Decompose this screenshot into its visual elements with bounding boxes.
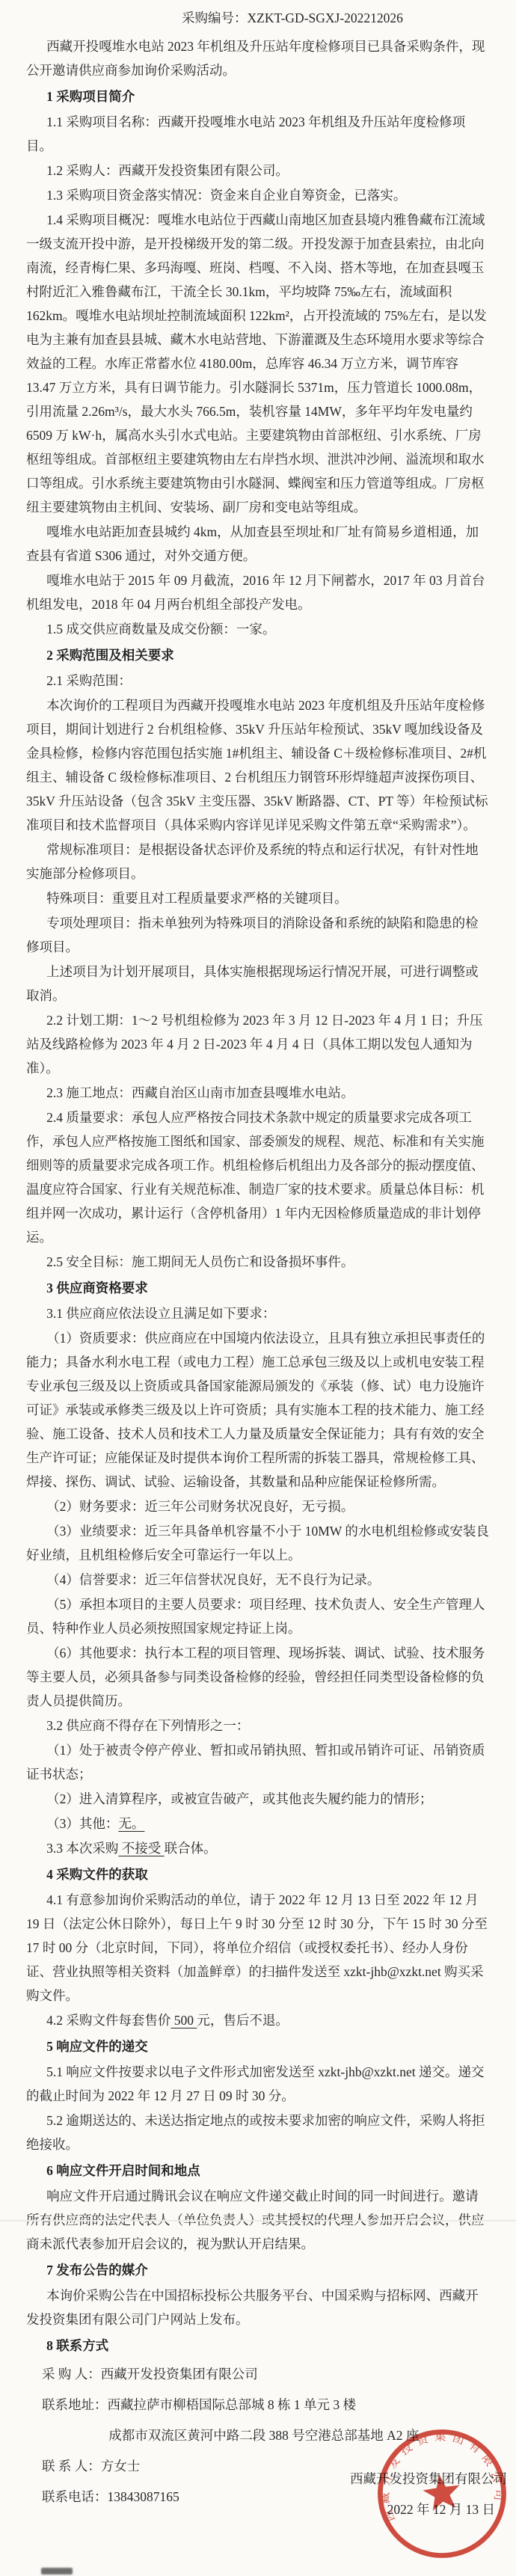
paragraph: 3.2 供应商不得存在下列情形之一： bbox=[26, 1714, 490, 1738]
paragraph: （1）资质要求：供应商应在中国境内依法设立，且具有独立承担民事责任的能力；具备水… bbox=[26, 1326, 490, 1494]
underlined-text: 不接受 bbox=[118, 1841, 164, 1856]
paragraph: 2.2 计划工期：1～2 号机组检修为 2023 年 3 月 12 日-2023… bbox=[26, 1008, 490, 1080]
scan-fold-line bbox=[0, 2220, 516, 2221]
paragraph: 嘎堆水电站于 2015 年 09 月截流，2016 年 12 月下闸蓄水，201… bbox=[26, 568, 490, 616]
paragraph: 本次询价的工程项目为西藏开投嘎堆水电站 2023 年度机组及升压站年度检修项目，… bbox=[26, 693, 490, 837]
paragraph: 采 购 人：西藏开发投资集团有限公司 bbox=[42, 2359, 490, 2389]
section-heading: 5 响应文件的递交 bbox=[26, 2034, 490, 2058]
paragraph: （5）承担本项目的主要人员要求：项目经理、技术负责人、安全生产管理人员、特种作业… bbox=[26, 1592, 490, 1640]
text-run: 3.3 本次采购 bbox=[46, 1841, 118, 1856]
document-body: 西藏开投嘎堆水电站 2023 年机组及升压站年度检修项目已具备采购条件，现公开邀… bbox=[0, 30, 516, 2512]
section-heading: 2 采购范围及相关要求 bbox=[26, 643, 490, 667]
paragraph: 专项处理项目：指未单独列为特殊项目的消除设备和系统的缺陷和隐患的检修项目。 bbox=[26, 911, 490, 959]
seal-arc-text: 西藏开发投资集团有限公司 bbox=[369, 2421, 509, 2524]
section-heading: 7 发布公告的媒介 bbox=[26, 2258, 490, 2282]
paragraph: 嘎堆水电站距加查县城约 4km，从加查县至坝址和厂址有简易乡道相通，加查县有省道… bbox=[26, 520, 490, 568]
text-run: 联合体。 bbox=[165, 1841, 217, 1856]
paragraph: 西藏开投嘎堆水电站 2023 年机组及升压站年度检修项目已具备采购条件，现公开邀… bbox=[26, 34, 490, 82]
paragraph: 2.4 质量要求：承包人应严格按合同技术条款中规定的质量要求完成各项工作，承包人… bbox=[26, 1105, 490, 1249]
paragraph: 2.5 安全目标：施工期间无人员伤亡和设备损坏事件。 bbox=[26, 1250, 490, 1274]
paragraph: 3.1 供应商应依法设立且满足如下要求： bbox=[26, 1301, 490, 1325]
underlined-text: 无。 bbox=[118, 1816, 144, 1831]
paragraph: （1）处于被责令停产停业、暂扣或吊销执照、暂扣或吊销许可证、吊销资质证书状态； bbox=[26, 1738, 490, 1786]
paragraph: 特殊项目：重要且对工程质量要求严格的关键项目。 bbox=[26, 886, 490, 910]
paragraph: 2.3 施工地点：西藏自治区山南市加查县嘎堆水电站。 bbox=[26, 1081, 490, 1105]
paragraph: （2）财务要求：近三年公司财务状况良好，无亏损。 bbox=[26, 1494, 490, 1518]
procurement-announcement-page: 采购编号：XZKT-GD-SGXJ-202212026 西藏开投嘎堆水电站 20… bbox=[0, 0, 516, 2576]
paragraph: 1.3 采购项目资金落实情况：资金来自企业自筹资金，已落实。 bbox=[26, 183, 490, 207]
text-run: （3）其他： bbox=[46, 1816, 118, 1831]
paragraph: （2）进入清算程序，或被宣告破产，或其他丧失履约能力的情形； bbox=[26, 1787, 490, 1811]
scan-artifact bbox=[41, 2568, 73, 2575]
paragraph: 本询价采购公告在中国招标投标公共服务平台、中国采购与招标网、西藏开发投资集团有限… bbox=[26, 2284, 490, 2331]
doc-number: 采购编号：XZKT-GD-SGXJ-202212026 bbox=[0, 0, 516, 30]
paragraph: 5.1 响应文件按要求以电子文件形式加密发送至 xzkt-jhb@xzkt.ne… bbox=[26, 2060, 490, 2108]
paragraph: （3）业绩要求：近三年具备单机容量不小于 10MW 的水电机组检修或安装良好业绩… bbox=[26, 1519, 490, 1567]
section-heading: 3 供应商资格要求 bbox=[26, 1276, 490, 1300]
paragraph: 联系地址：西藏拉萨市柳梧国际总部城 8 栋 1 单元 3 楼 bbox=[42, 2390, 490, 2420]
paragraph: 1.1 采购项目名称：西藏开投嘎堆水电站 2023 年机组及升压站年度检修项目。 bbox=[26, 110, 490, 158]
paragraph: 1.4 采购项目概况：嘎堆水电站位于西藏山南地区加查县境内雅鲁藏布江流域一级支流… bbox=[26, 208, 490, 519]
paragraph: （6）其他要求：执行本工程的项目管理、现场拆装、调试、试验、技术服务等主要人员，… bbox=[26, 1641, 490, 1713]
paragraph: 1.5 成交供应商数量及成交份额：一家。 bbox=[26, 617, 490, 641]
text-run: 4.2 采购文件每套售价 bbox=[46, 2013, 171, 2028]
paragraph: （3）其他：无。 bbox=[26, 1812, 490, 1836]
paragraph: （4）信誉要求：近三年信誉状况良好，无不良行为记录。 bbox=[26, 1568, 490, 1592]
section-heading: 4 采购文件的获取 bbox=[26, 1862, 490, 1886]
seal-star-icon bbox=[421, 2472, 462, 2512]
paragraph: 1.2 采购人：西藏开发投资集团有限公司。 bbox=[26, 159, 490, 183]
paragraph: 上述项目为计划开展项目，具体实施根据现场运行情况开展，可进行调整或取消。 bbox=[26, 960, 490, 1008]
text-run: 元，售后不退。 bbox=[197, 2013, 289, 2028]
paragraph: 5.2 逾期送达的、未送达指定地点的或按未要求加密的响应文件，采购人将拒绝接收。 bbox=[26, 2109, 490, 2156]
official-seal-stamp: 西藏开发投资集团有限公司 bbox=[361, 2413, 516, 2575]
section-heading: 6 响应文件开启时间和地点 bbox=[26, 2159, 490, 2183]
paragraph: 2.1 采购范围： bbox=[26, 669, 490, 693]
paragraph: 3.3 本次采购 不接受 联合体。 bbox=[26, 1836, 490, 1860]
paragraph: 4.1 有意参加询价采购活动的单位，请于 2022 年 12 月 13 日至 2… bbox=[26, 1888, 490, 2008]
paragraph: 常规标准项目：是根据设备状态评价及系统的特点和运行状况，有针对性地实施部分检修项… bbox=[26, 838, 490, 886]
section-heading: 1 采购项目简介 bbox=[26, 85, 490, 108]
underlined-text: 500 bbox=[171, 2013, 197, 2028]
section-heading: 8 联系方式 bbox=[26, 2334, 490, 2358]
paragraph: 4.2 采购文件每套售价 500 元，售后不退。 bbox=[26, 2008, 490, 2032]
